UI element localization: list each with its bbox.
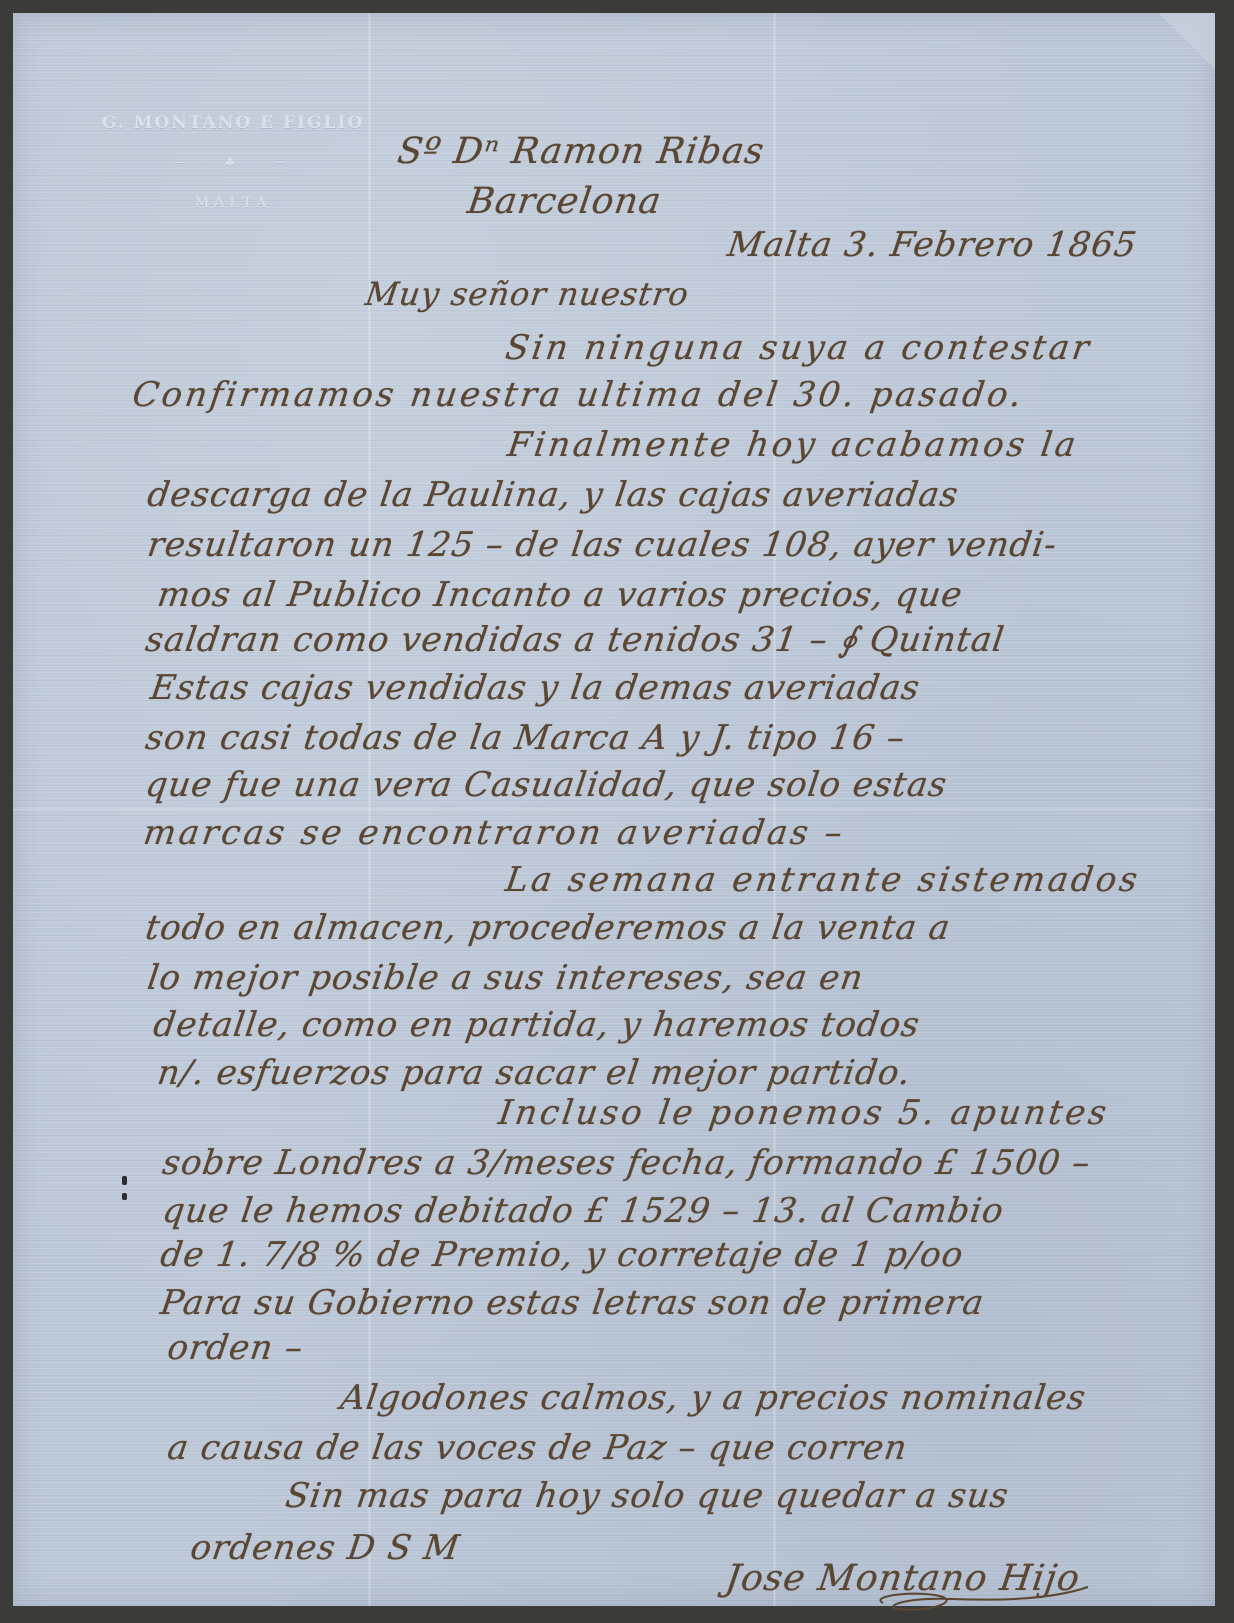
body-line: orden – [165,1328,306,1368]
signature-flourish-icon [863,1585,1103,1615]
body-line: Incluso le ponemos 5. apuntes [496,1093,1112,1133]
fold-line-horizontal [13,808,1215,811]
salutation: Muy señor nuestro [363,275,692,313]
body-line: Para su Gobierno estas letras son de pri… [158,1283,987,1323]
body-line: La semana entrante sistemados [503,860,1143,900]
body-line: de 1. 7/8 % de Premio, y corretaje de 1 … [158,1235,966,1275]
body-line: descarga de la Paulina, y las cajas aver… [145,475,961,515]
letterhead-firm-name: G. MONTANO E FIGLIO [83,113,383,133]
body-line: Sin ninguna suya a contestar [503,328,1094,368]
body-line: que le hemos debitado £ 1529 – 13. al Ca… [160,1191,1007,1231]
body-line: mos al Publico Incanto a varios precios,… [155,575,965,615]
body-line: son casi todas de la Marca A y J. tipo 1… [143,718,908,758]
body-line: n/. esfuerzos para sacar el mejor partid… [155,1053,914,1093]
body-line: detalle, como en partida, y haremos todo… [151,1005,923,1045]
recipient-name: Sº Dⁿ Ramon Ribas [395,131,767,172]
letterhead-place: MALTA [83,195,383,211]
folded-corner [1160,13,1215,73]
body-line: Finalmente hoy acabamos la [505,425,1081,465]
body-line: sobre Londres a 3/meses fecha, formando … [160,1143,1093,1183]
body-line: Sin mas para hoy solo que quedar a sus [283,1476,1011,1516]
body-line: Confirmamos nuestra ultima del 30. pasad… [130,375,1027,415]
letterhead-ornament: — ◦ ♣ ◦ — [83,155,383,169]
body-line: que fue una vera Casualidad, que solo es… [143,765,950,805]
body-line: lo mejor posible a sus intereses, sea en [145,958,866,998]
body-line: saldran como vendidas a tenidos 31 – ∮ Q… [143,620,1007,660]
ink-mark [122,1193,127,1200]
letter-paper: G. MONTANO E FIGLIO — ◦ ♣ ◦ — MALTA Sº D… [13,13,1215,1606]
body-line: Estas cajas vendidas y la demas averiada… [148,668,923,708]
body-line: a causa de las voces de Paz – que corren [165,1428,910,1468]
recipient-city: Barcelona [465,181,664,222]
ink-mark [122,1176,127,1185]
body-line: marcas se encontraron averiadas – [141,813,848,853]
embossed-letterhead: G. MONTANO E FIGLIO — ◦ ♣ ◦ — MALTA [83,113,383,211]
closing-line: ordenes D S M [188,1528,462,1568]
dateline: Malta 3. Febrero 1865 [725,225,1140,265]
body-line: Algodones calmos, y a precios nominales [338,1378,1089,1418]
body-line: resultaron un 125 – de las cuales 108, a… [145,525,1060,565]
body-line: todo en almacen, procederemos a la venta… [143,908,953,948]
